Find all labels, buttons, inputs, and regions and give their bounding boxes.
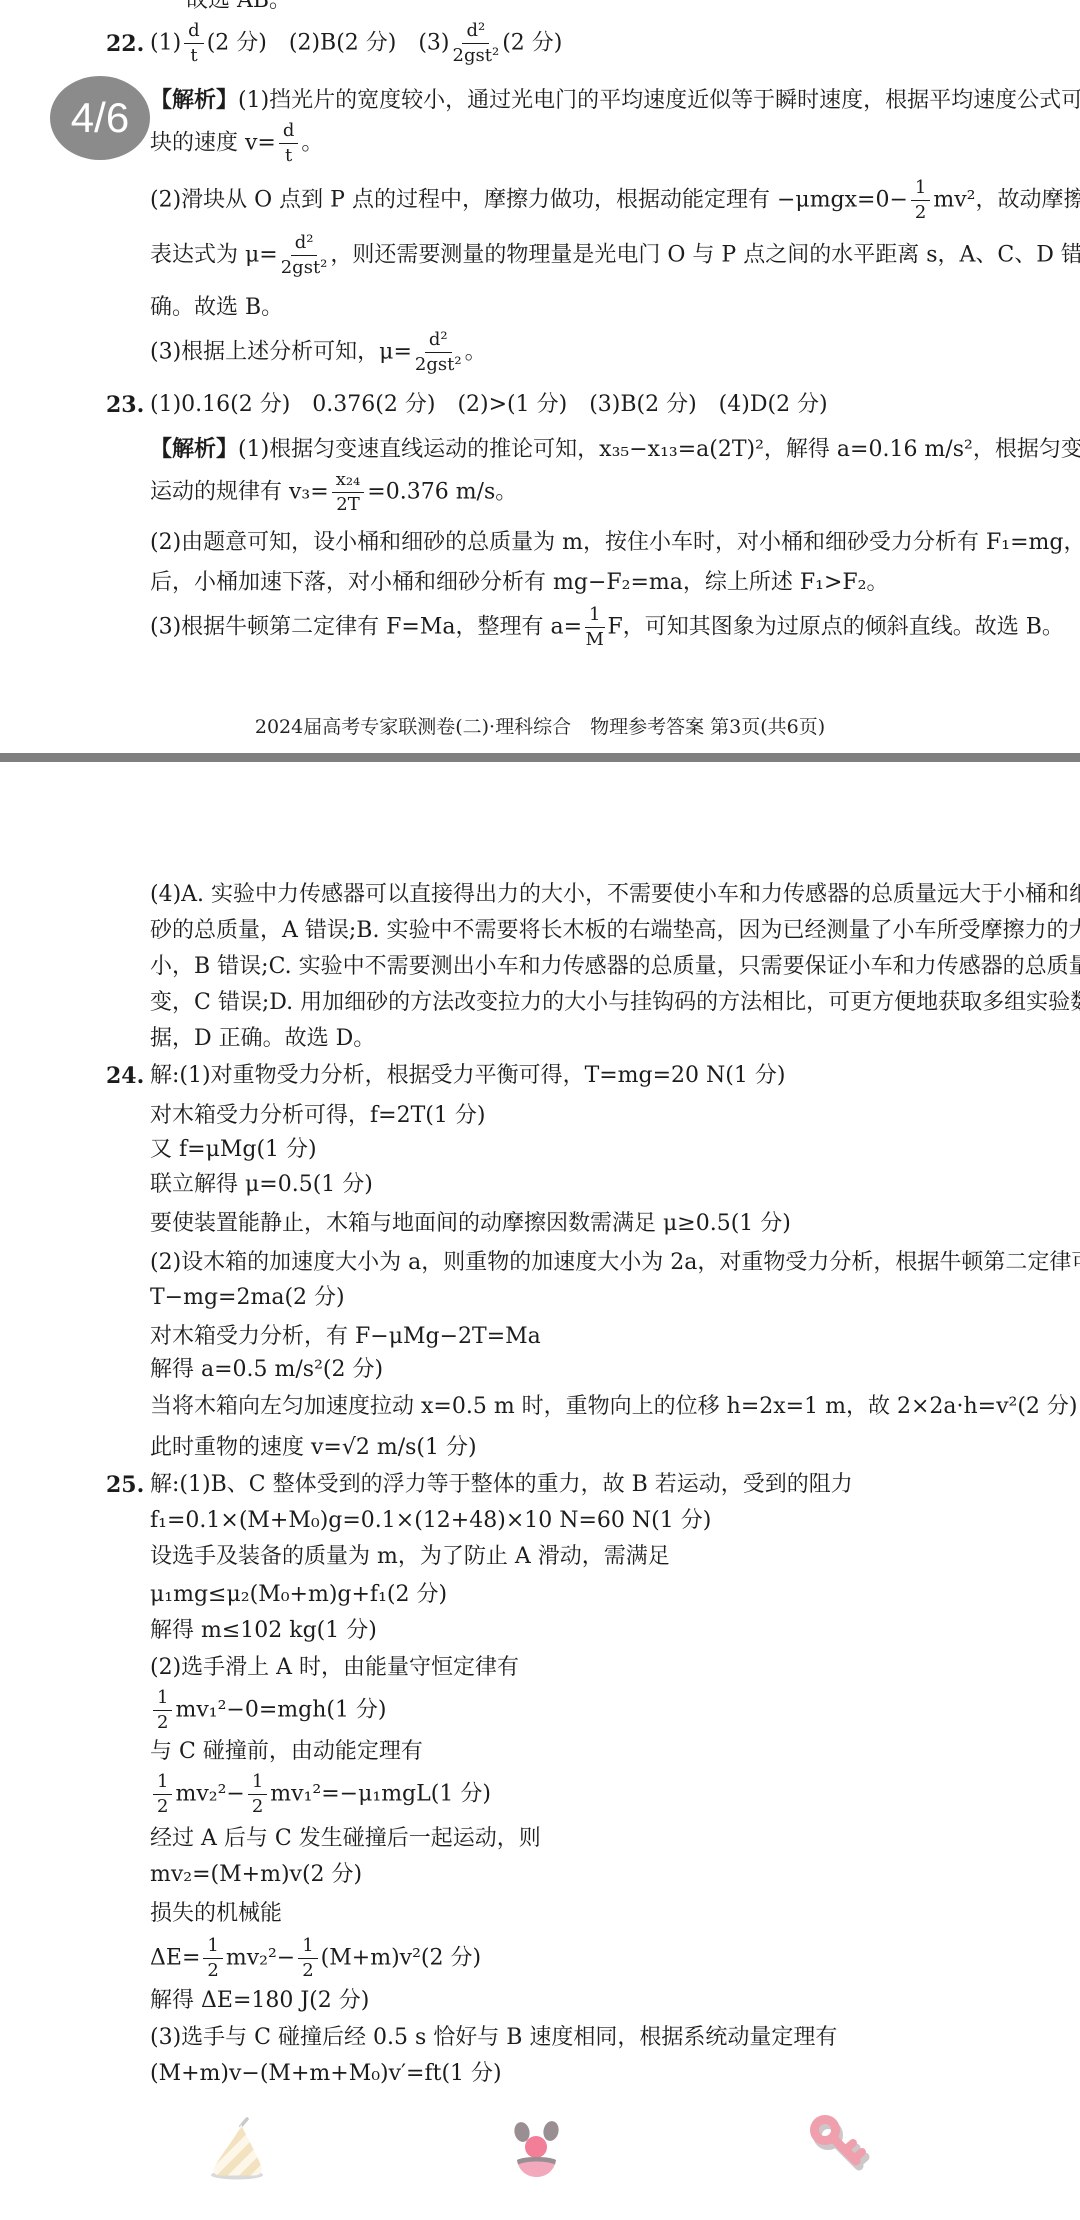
fraction: dt: [279, 122, 299, 165]
fraction: 12: [153, 1773, 172, 1816]
fraction: 12: [911, 179, 930, 222]
text-line: (4)A. 实验中力传感器可以直接得出力的大小，不需要使小车和力传感器的总质量远…: [150, 880, 1040, 910]
text-line: (3)根据上述分析可知，μ=d²2gst²。: [150, 331, 1040, 374]
text-line: mv₂=(M+m)v(2 分): [150, 1860, 1040, 1890]
text-line: 当将木箱向左匀加速度拉动 x=0.5 m 时，重物向上的位移 h=2x=1 m，…: [150, 1392, 1040, 1422]
text-line: 小，B 错误;C. 实验中不需要测出小车和力传感器的总质量，只需要保证小车和力传…: [150, 952, 1040, 982]
text-line: T−mg=2ma(2 分): [150, 1283, 1040, 1313]
text-line: 联立解得 μ=0.5(1 分): [150, 1170, 1040, 1200]
text-line: 【解析】(1)根据匀变速直线运动的推论可知，x₃₅−x₁₃=a(2T)²，解得 …: [150, 434, 1040, 465]
key-icon[interactable]: [804, 2110, 876, 2188]
page4-content: (4)A. 实验中力传感器可以直接得出力的大小，不需要使小车和力传感器的总质量远…: [0, 880, 1080, 2089]
text-line: 又 f=μMg(1 分): [150, 1135, 1040, 1165]
text-line: 12mv₂²−12mv₁²=−μ₁mgL(1 分): [150, 1773, 1040, 1816]
text-line: 故选 AB。: [186, 0, 1040, 16]
text-line: 解得 m≤102 kg(1 分): [150, 1616, 1040, 1646]
fraction: dt: [184, 22, 204, 65]
whisk-icon[interactable]: [208, 2116, 270, 2186]
question-number: 22.: [106, 29, 144, 59]
text-line: 解得 ΔE=180 J(2 分): [150, 1986, 1040, 2016]
text-line: 确。故选 B。: [150, 293, 1040, 323]
text-line: (M+m)v−(M+m+M₀)v′=ft(1 分): [150, 2059, 1040, 2089]
bottom-toolbar: [0, 2100, 1080, 2220]
text-line: (3)选手与 C 碰撞后经 0.5 s 恰好与 B 速度相同，根据系统动量定理有: [150, 2023, 1040, 2053]
text-line: (2)设木箱的加速度大小为 a，则重物的加速度大小为 2a，对重物受力分析，根据…: [150, 1248, 1040, 1278]
page3-content: 故选 AB。22.(1)dt(2 分) (2)B(2 分) (3)d²2gst²…: [0, 0, 1080, 649]
question-number: 23.: [106, 390, 144, 420]
document-page-4: (4)A. 实验中力传感器可以直接得出力的大小，不需要使小车和力传感器的总质量远…: [0, 762, 1080, 2097]
text-line: 【解析】(1)挡光片的宽度较小，通过光电门的平均速度近似等于瞬时速度，根据平均速…: [150, 85, 1040, 116]
text-line: 解得 a=0.5 m/s²(2 分): [150, 1355, 1040, 1385]
document-page-3: 故选 AB。22.(1)dt(2 分) (2)B(2 分) (3)d²2gst²…: [0, 0, 1080, 753]
document-viewport[interactable]: 故选 AB。22.(1)dt(2 分) (2)B(2 分) (3)d²2gst²…: [0, 0, 1080, 2220]
text-line: 表达式为 μ=d²2gst²，则还需要测量的物理量是光电门 O 与 P 点之间的…: [150, 234, 1040, 277]
text-line: 经过 A 后与 C 发生碰撞后一起运动，则: [150, 1824, 1040, 1854]
text-line: 对木箱受力分析，有 F−μMg−2T=Ma: [150, 1322, 1040, 1352]
text-line: 要使装置能静止，木箱与地面间的动摩擦因数需满足 μ≥0.5(1 分): [150, 1209, 1040, 1239]
text-line: 对木箱受力分析可得，f=2T(1 分): [150, 1101, 1040, 1131]
text-line: 变，C 错误;D. 用加细砂的方法改变拉力的大小与挂钩码的方法相比，可更方便地获…: [150, 988, 1040, 1018]
text-line: ΔE=12mv₂²−12(M+m)v²(2 分): [150, 1937, 1040, 1980]
text-line: (2)选手滑上 A 时，由能量守恒定律有: [150, 1653, 1040, 1683]
text-line: (2)由题意可知，设小桶和细砂的总质量为 m，按住小车时，对小桶和细砂受力分析有…: [150, 528, 1040, 558]
question-line: 23.(1)0.16(2 分) 0.376(2 分) (2)>(1 分) (3)…: [150, 390, 1040, 420]
text-line: 后，小桶加速下落，对小桶和细砂分析有 mg−F₂=ma，综上所述 F₁>F₂。: [150, 568, 1040, 598]
text-line: (2)滑块从 O 点到 P 点的过程中，摩擦力做功，根据动能定理有 −μmgx=…: [150, 179, 1040, 222]
page3-footer: 2024届高考专家联测卷(二)·理科综合 物理参考答案 第3页(共6页): [0, 712, 1080, 739]
question-line: 25.解:(1)B、C 整体受到的浮力等于整体的重力，故 B 若运动，受到的阻力: [150, 1470, 1040, 1500]
fraction: 12: [153, 1689, 172, 1732]
text-line: 12mv₁²−0=mgh(1 分): [150, 1689, 1040, 1732]
fraction: x₂₄2T: [332, 471, 365, 514]
fraction: 12: [298, 1937, 317, 1980]
fraction: 12: [203, 1937, 222, 1980]
fraction: d²2gst²: [453, 22, 500, 65]
text-line: 据，D 正确。故选 D。: [150, 1024, 1040, 1054]
text-line: 此时重物的速度 v=√2 m/s(1 分): [150, 1433, 1040, 1463]
question-number: 25.: [106, 1470, 144, 1500]
question-number: 24.: [106, 1061, 144, 1091]
page-indicator-text: 4/6: [71, 94, 129, 142]
fraction: d²2gst²: [281, 234, 328, 277]
clown-face-icon[interactable]: [506, 2118, 568, 2184]
text-line: μ₁mg≤μ₂(M₀+m)g+f₁(2 分): [150, 1580, 1040, 1610]
fraction: 12: [248, 1773, 267, 1816]
text-line: 与 C 碰撞前，由动能定理有: [150, 1737, 1040, 1767]
text-line: f₁=0.1×(M+M₀)g=0.1×(12+48)×10 N=60 N(1 分…: [150, 1506, 1040, 1536]
text-line: 运动的规律有 v₃=x₂₄2T=0.376 m/s。: [150, 471, 1040, 514]
page-indicator-badge: 4/6: [50, 76, 150, 160]
question-line: 22.(1)dt(2 分) (2)B(2 分) (3)d²2gst²(2 分): [150, 22, 1040, 65]
page-separator: [0, 753, 1080, 762]
text-line: (3)根据牛顿第二定律有 F=Ma，整理有 a=1MF，可知其图象为过原点的倾斜…: [150, 606, 1040, 649]
fraction: 1M: [585, 606, 604, 649]
fraction: d²2gst²: [415, 331, 462, 374]
text-line: 设选手及装备的质量为 m，为了防止 A 滑动，需满足: [150, 1542, 1040, 1572]
text-line: 块的速度 v=dt。: [150, 122, 1040, 165]
text-line: 损失的机械能: [150, 1899, 1040, 1929]
question-line: 24.解:(1)对重物受力分析，根据受力平衡可得，T=mg=20 N(1 分): [150, 1061, 1040, 1091]
text-line: 砂的总质量，A 错误;B. 实验中不需要将长木板的右端垫高，因为已经测量了小车所…: [150, 916, 1040, 946]
